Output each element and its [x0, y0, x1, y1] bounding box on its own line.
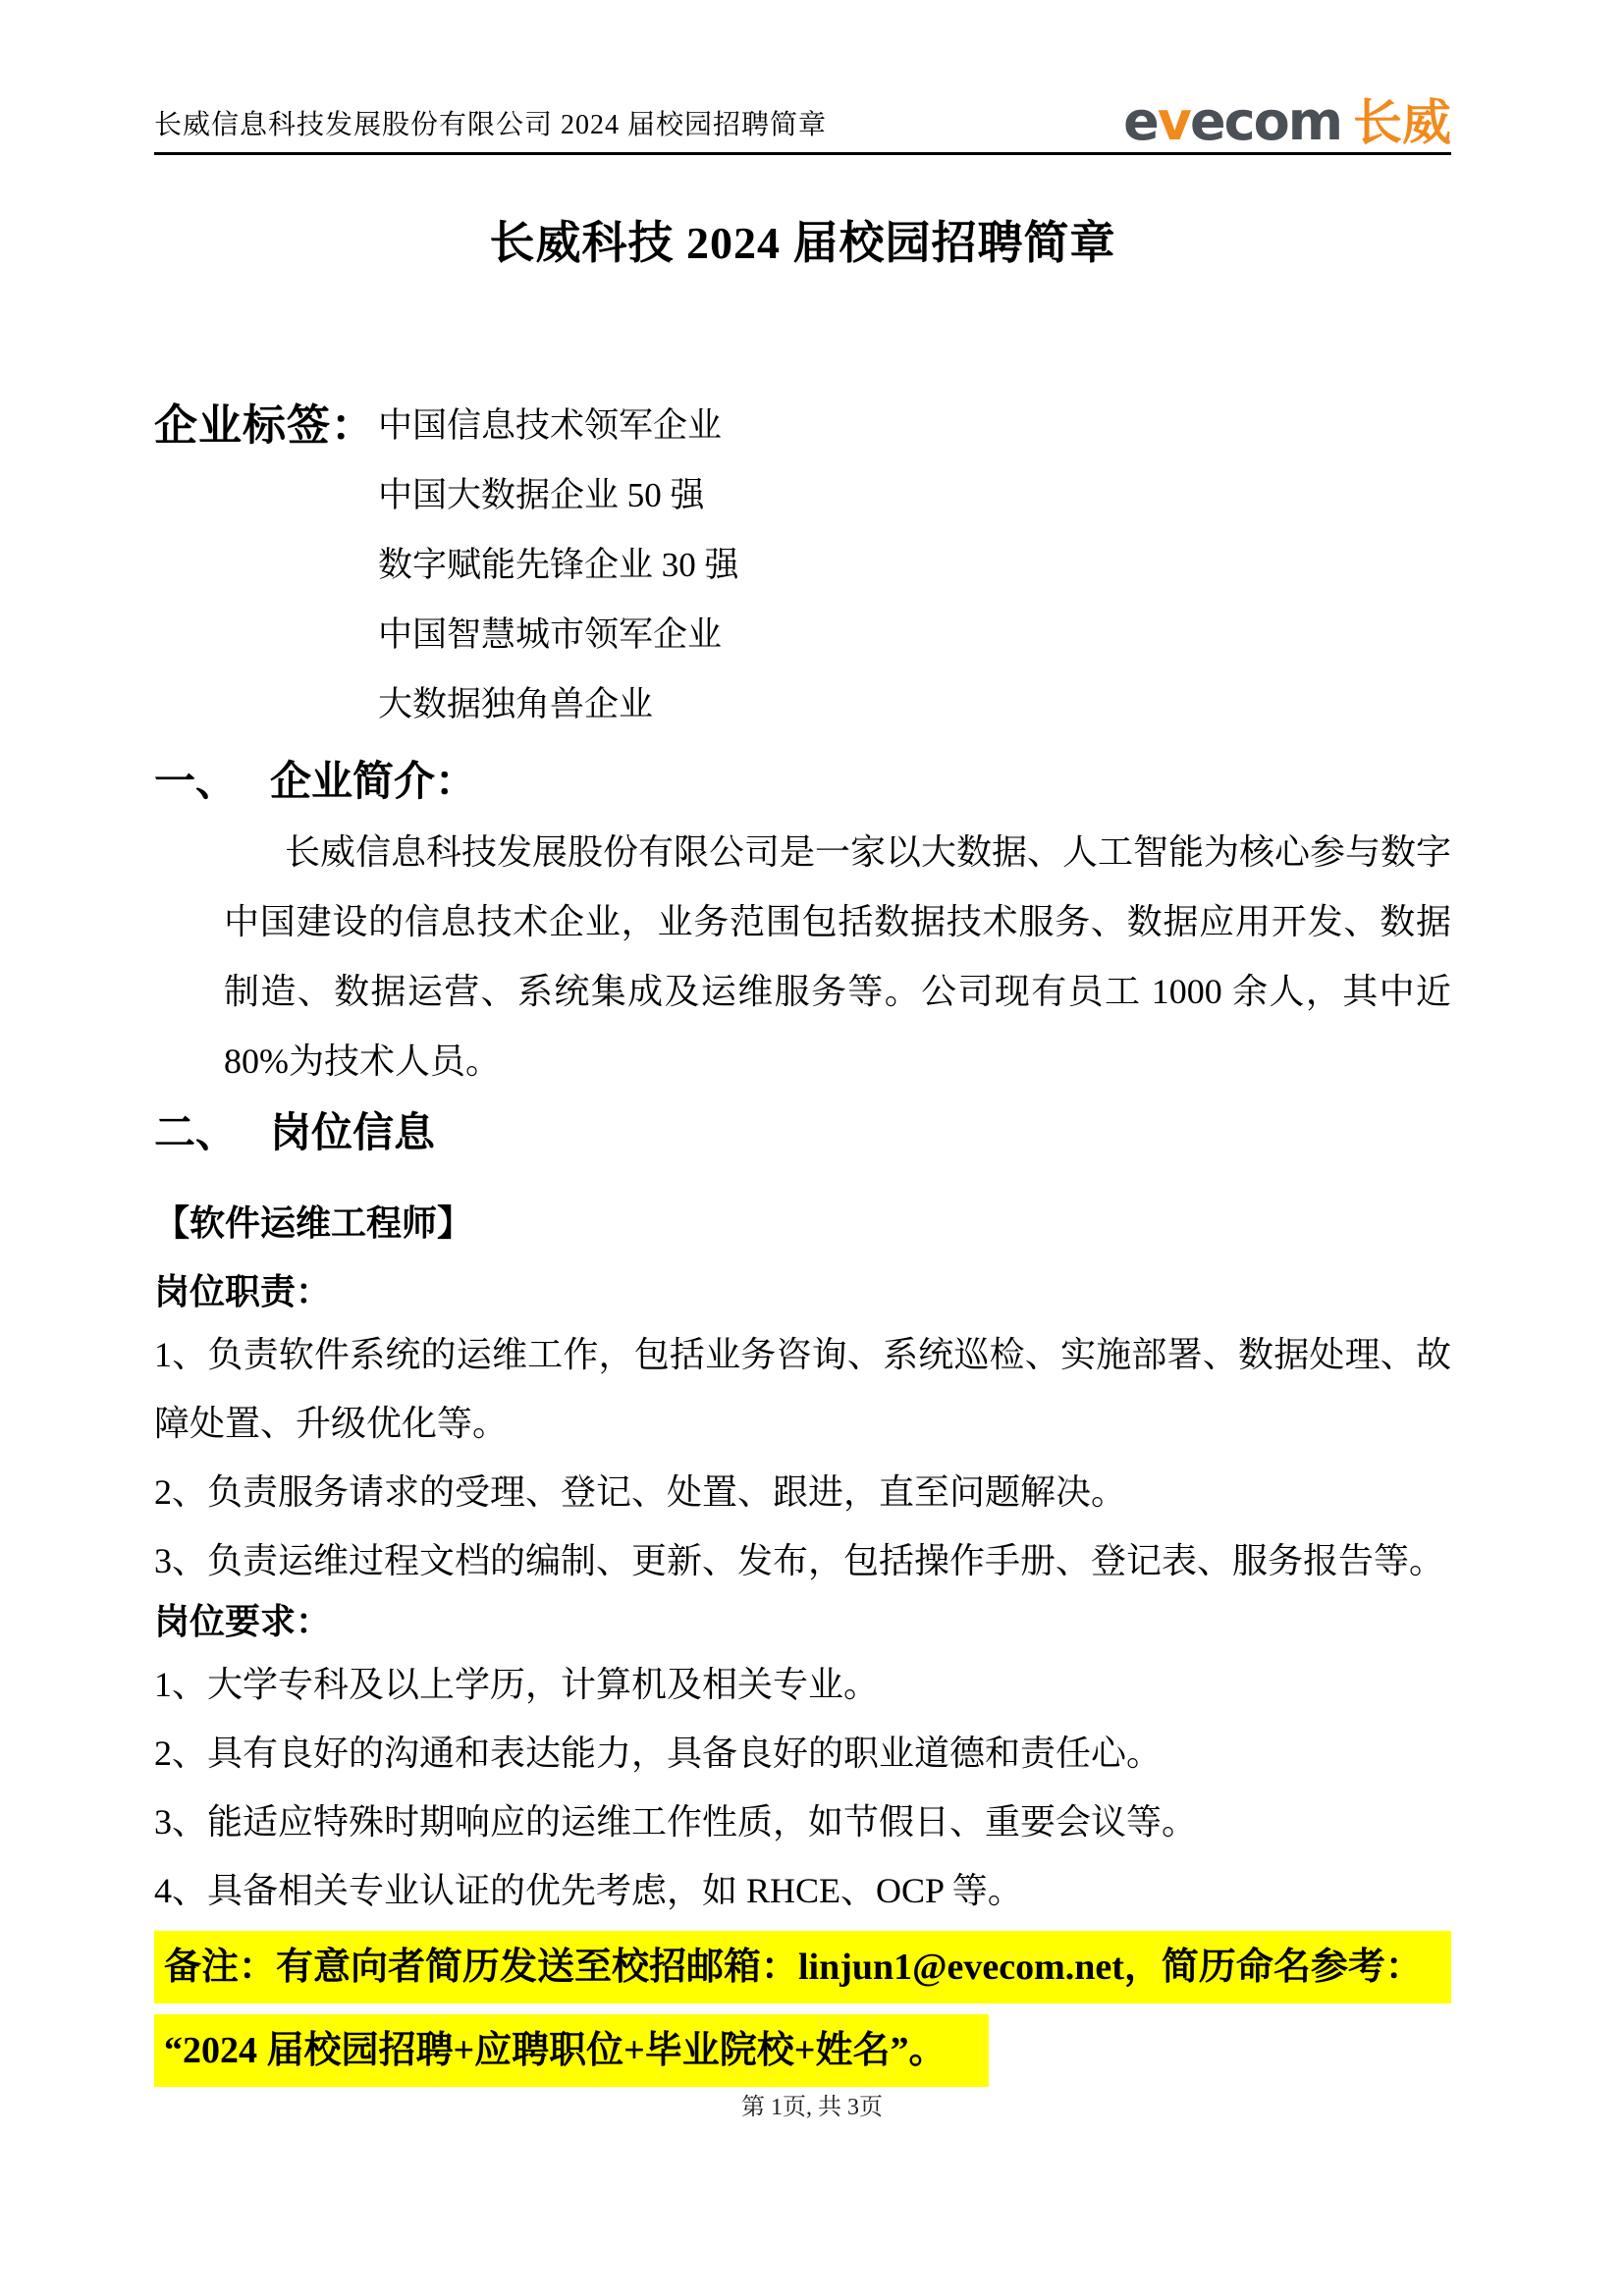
- header-company-line: 长威信息科技发展股份有限公司 2024 届校园招聘简章: [154, 109, 827, 150]
- company-tag: 中国智慧城市领军企业: [378, 600, 1451, 669]
- highlighted-note: 备注：有意向者简历发送至校招邮箱：linjun1@evecom.net，简历命名…: [154, 1931, 1451, 2087]
- section-number: 二、: [154, 1111, 237, 1156]
- requirement-item: 4、具备相关专业认证的优先考虑，如 RHCE、OCP 等。: [154, 1856, 1451, 1925]
- section-number: 一、: [154, 760, 237, 805]
- document-title: 长威科技 2024 届校园招聘简章: [154, 216, 1451, 271]
- logo-letters-ecom: ecom: [1190, 94, 1341, 149]
- requirements-label: 岗位要求：: [154, 1599, 1451, 1644]
- page-header: 长威信息科技发展股份有限公司 2024 届校园招聘简章 evecom长威: [154, 0, 1451, 155]
- company-tag: 大数据独角兽企业: [378, 669, 1451, 739]
- company-tag: 中国大数据企业 50 强: [378, 460, 1451, 530]
- requirement-item: 1、大学专科及以上学历，计算机及相关专业。: [154, 1650, 1451, 1719]
- note-line-1: 备注：有意向者简历发送至校招邮箱：linjun1@evecom.net，简历命名…: [154, 1931, 1451, 2003]
- requirement-item: 2、具有良好的沟通和表达能力，具备良好的职业道德和责任心。: [154, 1719, 1451, 1788]
- logo-cn-name: 长威: [1353, 95, 1451, 150]
- duties-label: 岗位职责：: [154, 1269, 1451, 1314]
- logo-letter-e: e: [1123, 94, 1158, 149]
- company-tag: 数字赋能先锋企业 30 强: [378, 530, 1451, 600]
- company-tags-label: 企业标签：: [154, 391, 378, 739]
- section-title: 岗位信息: [270, 1111, 435, 1156]
- company-tag: 中国信息技术领军企业: [378, 391, 1451, 460]
- logo-letter-v-orange: v: [1158, 94, 1190, 149]
- duty-item: 2、负责服务请求的受理、登记、处置、跟进，直至问题解决。: [154, 1458, 1451, 1526]
- company-tags-list: 中国信息技术领军企业 中国大数据企业 50 强 数字赋能先锋企业 30 强 中国…: [378, 391, 1451, 739]
- section-title: 企业简介：: [270, 760, 476, 805]
- company-intro-paragraph: 长威信息科技发展股份有限公司是一家以大数据、人工智能为核心参与数字中国建设的信息…: [224, 818, 1451, 1096]
- requirements-list: 1、大学专科及以上学历，计算机及相关专业。 2、具有良好的沟通和表达能力，具备良…: [154, 1650, 1451, 1925]
- section-heading-intro: 一、企业简介：: [154, 757, 1451, 808]
- duties-list: 1、负责软件系统的运维工作，包括业务咨询、系统巡检、实施部署、数据处理、故障处置…: [154, 1320, 1451, 1595]
- requirement-item: 3、能适应特殊时期响应的运维工作性质，如节假日、重要会议等。: [154, 1788, 1451, 1856]
- duty-item: 3、负责运维过程文档的编制、更新、发布，包括操作手册、登记表、服务报告等。: [154, 1526, 1451, 1595]
- duty-item: 1、负责软件系统的运维工作，包括业务咨询、系统巡检、实施部署、数据处理、故障处置…: [154, 1320, 1451, 1458]
- evecom-logo: evecom长威: [1123, 94, 1451, 150]
- page-number-footer: 第 1页, 共 3页: [0, 2087, 1624, 2121]
- job-position-title: 【软件运维工程师】: [154, 1201, 1451, 1246]
- note-line-2: “2024 届校园招聘+应聘职位+毕业院校+姓名”。: [154, 2014, 989, 2087]
- document-page: 长威信息科技发展股份有限公司 2024 届校园招聘简章 evecom长威 长威科…: [0, 0, 1624, 2296]
- company-tags-section: 企业标签： 中国信息技术领军企业 中国大数据企业 50 强 数字赋能先锋企业 3…: [154, 391, 1451, 739]
- section-heading-jobs: 二、岗位信息: [154, 1108, 1451, 1159]
